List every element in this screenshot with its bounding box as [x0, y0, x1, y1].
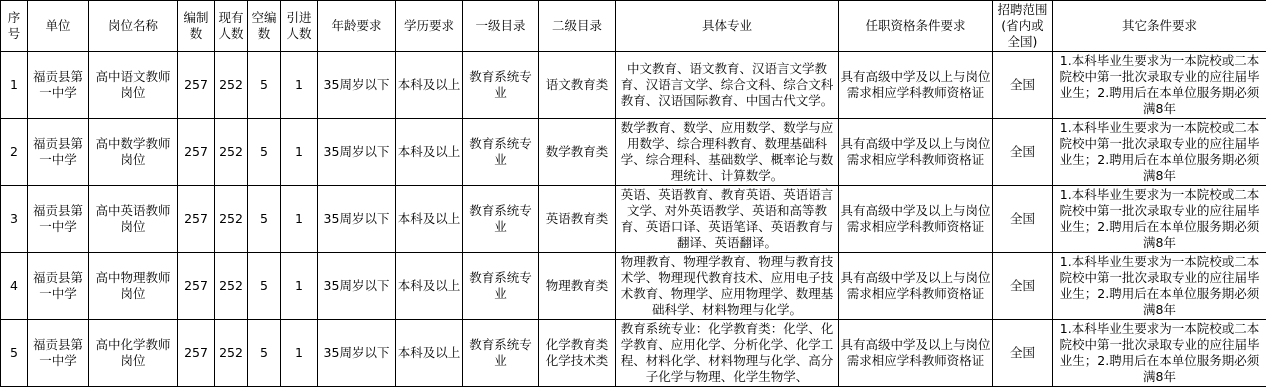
header-qualification: 任职资格条件要求	[839, 1, 993, 52]
cell-qualification: 具有高级中学及以上与岗位需求相应学科教师资格证	[839, 119, 993, 186]
header-education-requirement: 学历要求	[396, 1, 463, 52]
cell-level2-catalog: 英语教育类	[539, 186, 616, 253]
cell-qualification: 具有高级中学及以上与岗位需求相应学科教师资格证	[839, 320, 993, 387]
header-authorized-count: 编制数	[178, 1, 215, 52]
cell-current-count: 252	[215, 52, 248, 119]
table-header: 序号 单位 岗位名称 编制数 现有人数 空编数 引进人数 年龄要求 学历要求 一…	[1, 1, 1266, 52]
recruitment-table: 序号 单位 岗位名称 编制数 现有人数 空编数 引进人数 年龄要求 学历要求 一…	[0, 0, 1266, 387]
cell-majors: 物理教育、物理学教育、物理与教育技术学、物理现代教育技术、应用电子技术教育、物理…	[616, 253, 839, 320]
cell-age-requirement: 35周岁以下	[318, 186, 396, 253]
cell-recruitment-scope: 全国	[993, 253, 1053, 320]
cell-majors: 中文教育、语文教育、汉语言文学教育、汉语言文学、综合文科、综合文科教育、汉语国际…	[616, 52, 839, 119]
cell-level2-catalog: 物理教育类	[539, 253, 616, 320]
table-row: 4 福贡县第一中学 高中物理教师岗位 257 252 5 1 35周岁以下 本科…	[1, 253, 1266, 320]
cell-position: 高中物理教师岗位	[89, 253, 178, 320]
cell-intake-count: 1	[281, 186, 318, 253]
cell-qualification: 具有高级中学及以上与岗位需求相应学科教师资格证	[839, 186, 993, 253]
cell-level1-catalog: 教育系统专业	[463, 320, 539, 387]
header-seq: 序号	[1, 1, 28, 52]
cell-current-count: 252	[215, 320, 248, 387]
cell-position: 高中英语教师岗位	[89, 186, 178, 253]
cell-position: 高中语文教师岗位	[89, 52, 178, 119]
cell-seq: 4	[1, 253, 28, 320]
cell-authorized-count: 257	[178, 320, 215, 387]
header-level2-catalog: 二级目录	[539, 1, 616, 52]
cell-vacant-count: 5	[248, 320, 281, 387]
cell-education-requirement: 本科及以上	[396, 253, 463, 320]
cell-unit: 福贡县第一中学	[28, 253, 89, 320]
cell-other-conditions: 1.本科毕业生要求为一本院校或二本院校中第一批次录取专业的应往届毕业生；2.聘用…	[1053, 52, 1266, 119]
table-row: 3 福贡县第一中学 高中英语教师岗位 257 252 5 1 35周岁以下 本科…	[1, 186, 1266, 253]
cell-current-count: 252	[215, 186, 248, 253]
table-row: 1 福贡县第一中学 高中语文教师岗位 257 252 5 1 35周岁以下 本科…	[1, 52, 1266, 119]
cell-unit: 福贡县第一中学	[28, 320, 89, 387]
cell-intake-count: 1	[281, 119, 318, 186]
cell-level1-catalog: 教育系统专业	[463, 119, 539, 186]
cell-unit: 福贡县第一中学	[28, 119, 89, 186]
cell-seq: 5	[1, 320, 28, 387]
header-age-requirement: 年龄要求	[318, 1, 396, 52]
header-vacant-count: 空编数	[248, 1, 281, 52]
cell-education-requirement: 本科及以上	[396, 52, 463, 119]
cell-intake-count: 1	[281, 253, 318, 320]
cell-authorized-count: 257	[178, 52, 215, 119]
cell-other-conditions: 1.本科毕业生要求为一本院校或二本院校中第一批次录取专业的应往届毕业生；2.聘用…	[1053, 320, 1266, 387]
table-body: 1 福贡县第一中学 高中语文教师岗位 257 252 5 1 35周岁以下 本科…	[1, 52, 1266, 387]
cell-other-conditions: 1.本科毕业生要求为一本院校或二本院校中第一批次录取专业的应往届毕业生；2.聘用…	[1053, 186, 1266, 253]
cell-intake-count: 1	[281, 320, 318, 387]
cell-other-conditions: 1.本科毕业生要求为一本院校或二本院校中第一批次录取专业的应往届毕业生；2.聘用…	[1053, 253, 1266, 320]
cell-seq: 1	[1, 52, 28, 119]
cell-majors: 数学教育、数学、应用数学、数学与应用数学、综合理科教育、数理基础科学、综合理科、…	[616, 119, 839, 186]
cell-age-requirement: 35周岁以下	[318, 119, 396, 186]
cell-unit: 福贡县第一中学	[28, 52, 89, 119]
cell-age-requirement: 35周岁以下	[318, 52, 396, 119]
cell-level1-catalog: 教育系统专业	[463, 253, 539, 320]
cell-age-requirement: 35周岁以下	[318, 253, 396, 320]
cell-position: 高中数学教师岗位	[89, 119, 178, 186]
header-level1-catalog: 一级目录	[463, 1, 539, 52]
table-row: 5 福贡县第一中学 高中化学教师岗位 257 252 5 1 35周岁以下 本科…	[1, 320, 1266, 387]
cell-education-requirement: 本科及以上	[396, 320, 463, 387]
header-majors: 具体专业	[616, 1, 839, 52]
cell-vacant-count: 5	[248, 253, 281, 320]
cell-education-requirement: 本科及以上	[396, 186, 463, 253]
header-unit: 单位	[28, 1, 89, 52]
cell-authorized-count: 257	[178, 119, 215, 186]
cell-recruitment-scope: 全国	[993, 119, 1053, 186]
cell-majors: 英语、英语教育、教育英语、英语语言文学、对外英语教学、英语和高等教育、英语口译、…	[616, 186, 839, 253]
header-recruitment-scope: 招聘范围 (省内或 全国)	[993, 1, 1053, 52]
cell-majors: 教育系统专业：化学教育类：化学、化学教育、应用化学、分析化学、化学工程、材料化学…	[616, 320, 839, 387]
cell-current-count: 252	[215, 119, 248, 186]
cell-education-requirement: 本科及以上	[396, 119, 463, 186]
cell-authorized-count: 257	[178, 186, 215, 253]
cell-vacant-count: 5	[248, 52, 281, 119]
header-current-count: 现有人数	[215, 1, 248, 52]
cell-intake-count: 1	[281, 52, 318, 119]
cell-qualification: 具有高级中学及以上与岗位需求相应学科教师资格证	[839, 52, 993, 119]
cell-recruitment-scope: 全国	[993, 186, 1053, 253]
cell-current-count: 252	[215, 253, 248, 320]
cell-vacant-count: 5	[248, 186, 281, 253]
header-intake-count: 引进人数	[281, 1, 318, 52]
cell-age-requirement: 35周岁以下	[318, 320, 396, 387]
table-row: 2 福贡县第一中学 高中数学教师岗位 257 252 5 1 35周岁以下 本科…	[1, 119, 1266, 186]
cell-vacant-count: 5	[248, 119, 281, 186]
cell-level1-catalog: 教育系统专业	[463, 52, 539, 119]
cell-authorized-count: 257	[178, 253, 215, 320]
cell-other-conditions: 1.本科毕业生要求为一本院校或二本院校中第一批次录取专业的应往届毕业生；2.聘用…	[1053, 119, 1266, 186]
header-position: 岗位名称	[89, 1, 178, 52]
cell-position: 高中化学教师岗位	[89, 320, 178, 387]
cell-level1-catalog: 教育系统专业	[463, 186, 539, 253]
header-row: 序号 单位 岗位名称 编制数 现有人数 空编数 引进人数 年龄要求 学历要求 一…	[1, 1, 1266, 52]
cell-qualification: 具有高级中学及以上与岗位需求相应学科教师资格证	[839, 253, 993, 320]
cell-level2-catalog: 化学教育类 化学技术类	[539, 320, 616, 387]
cell-seq: 3	[1, 186, 28, 253]
cell-recruitment-scope: 全国	[993, 52, 1053, 119]
cell-level2-catalog: 数学教育类	[539, 119, 616, 186]
header-other-conditions: 其它条件要求	[1053, 1, 1266, 52]
cell-seq: 2	[1, 119, 28, 186]
cell-recruitment-scope: 全国	[993, 320, 1053, 387]
cell-unit: 福贡县第一中学	[28, 186, 89, 253]
cell-level2-catalog: 语文教育类	[539, 52, 616, 119]
